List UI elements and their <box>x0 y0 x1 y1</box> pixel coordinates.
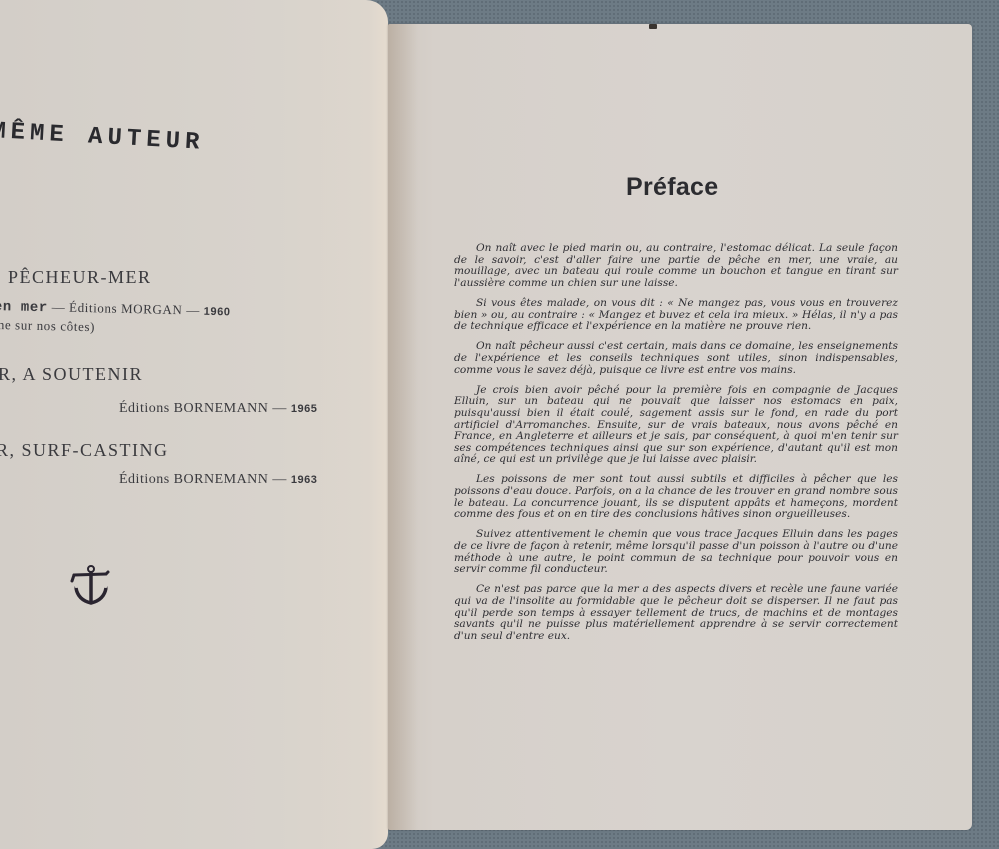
book-note-1: he sur nos côtes) <box>0 317 95 335</box>
preface-paragraph-1: On naît avec le pied marin ou, au contra… <box>454 243 898 289</box>
book-year-1: 1960 <box>204 306 231 319</box>
gutter-shadow <box>388 24 418 830</box>
book-publisher-1: — Éditions MORGAN — <box>48 299 204 318</box>
preface-title: Préface <box>626 173 718 202</box>
book-year-3: 1963 <box>291 474 317 486</box>
same-author-heading: MÊME AUTEUR <box>0 118 205 157</box>
page-tear-mark <box>649 24 657 29</box>
left-page: MÊME AUTEUR PÊCHEUR-MER en mer — Édition… <box>0 0 388 849</box>
preface-paragraph-7: Ce n'est pas parce que la mer a des aspe… <box>454 584 898 642</box>
preface-paragraph-4: Je crois bien avoir pêché pour la premiè… <box>454 385 898 466</box>
book-publisher-2: Éditions BORNEMANN — 1965 <box>119 401 317 417</box>
book-title-2: R, A SOUTENIR <box>0 364 143 385</box>
book-subtitle-1-bold: en mer <box>0 299 48 316</box>
preface-paragraph-6: Suivez attentivement le chemin que vous … <box>454 529 898 575</box>
preface-body: On naît avec le pied marin ou, au contra… <box>454 243 898 651</box>
publisher-label-2: Éditions BORNEMANN — <box>119 401 291 416</box>
publisher-label-3: Éditions BORNEMANN — <box>119 472 291 487</box>
anchor-icon <box>66 562 114 608</box>
book-title-1: PÊCHEUR-MER <box>8 267 152 288</box>
preface-paragraph-5: Les poissons de mer sont tout aussi subt… <box>454 474 898 520</box>
preface-paragraph-3: On naît pêcheur aussi c'est certain, mai… <box>454 341 898 376</box>
book-title-3: R, SURF-CASTING <box>0 440 169 461</box>
book-year-2: 1965 <box>291 403 317 415</box>
preface-paragraph-2: Si vous êtes malade, on vous dit : « Ne … <box>454 298 898 333</box>
book-publisher-3: Éditions BORNEMANN — 1963 <box>119 472 317 488</box>
